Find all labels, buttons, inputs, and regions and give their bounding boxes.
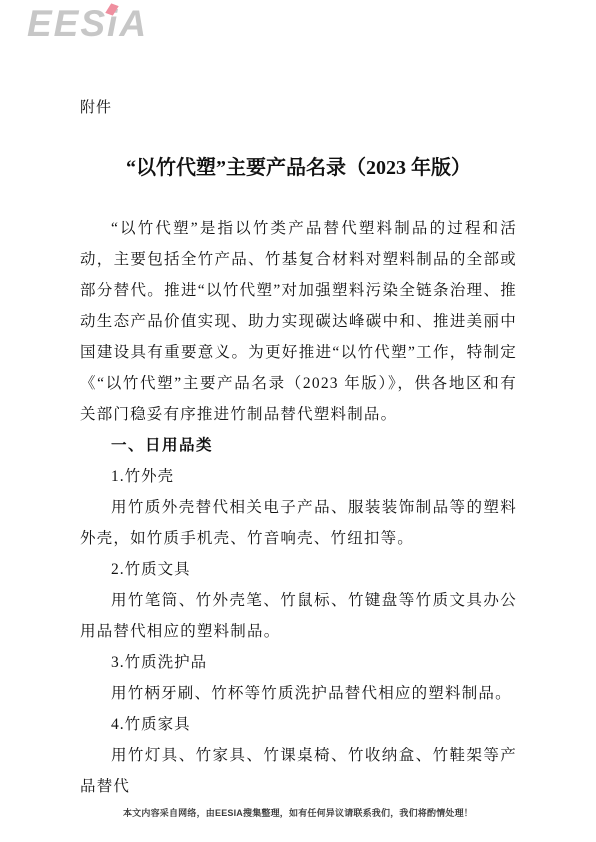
item-label-4: 4.竹质家具 (80, 709, 517, 740)
footer-disclaimer: 本文内容采自网络，由EESIA搜集整理，如有任何异议请联系我们，我们将酌情处理！ (0, 806, 596, 819)
logo-text-pre: EES (27, 3, 107, 44)
item-desc-3: 用竹柄牙刷、竹杯等竹质洗护品替代相应的塑料制品。 (80, 678, 517, 709)
document-page: EESiA 附件 “以竹代塑”主要产品名录（2023 年版） “以竹代塑”是指以… (0, 0, 596, 842)
section-heading-daily-goods: 一、日用品类 (80, 430, 517, 461)
item-desc-1: 用竹质外壳替代相关电子产品、服装装饰制品等的塑料外壳，如竹质手机壳、竹音响壳、竹… (80, 492, 517, 554)
logo-text-post: A (119, 3, 148, 44)
item-desc-2: 用竹笔筒、竹外壳笔、竹鼠标、竹键盘等竹质文具办公用品替代相应的塑料制品。 (80, 585, 517, 647)
item-label-3: 3.竹质洗护品 (80, 647, 517, 678)
document-title: “以竹代塑”主要产品名录（2023 年版） (80, 155, 517, 181)
document-content: 附件 “以竹代塑”主要产品名录（2023 年版） “以竹代塑”是指以竹类产品替代… (80, 99, 517, 802)
intro-paragraph: “以竹代塑”是指以竹类产品替代塑料制品的过程和活动，主要包括全竹产品、竹基复合材… (80, 213, 517, 430)
attachment-label: 附件 (80, 99, 517, 117)
logo-letter-i: i (107, 2, 119, 46)
eesia-logo: EESiA (27, 2, 148, 46)
item-label-2: 2.竹质文具 (80, 554, 517, 585)
item-label-1: 1.竹外壳 (80, 461, 517, 492)
item-desc-4: 用竹灯具、竹家具、竹课桌椅、竹收纳盒、竹鞋架等产品替代 (80, 740, 517, 802)
